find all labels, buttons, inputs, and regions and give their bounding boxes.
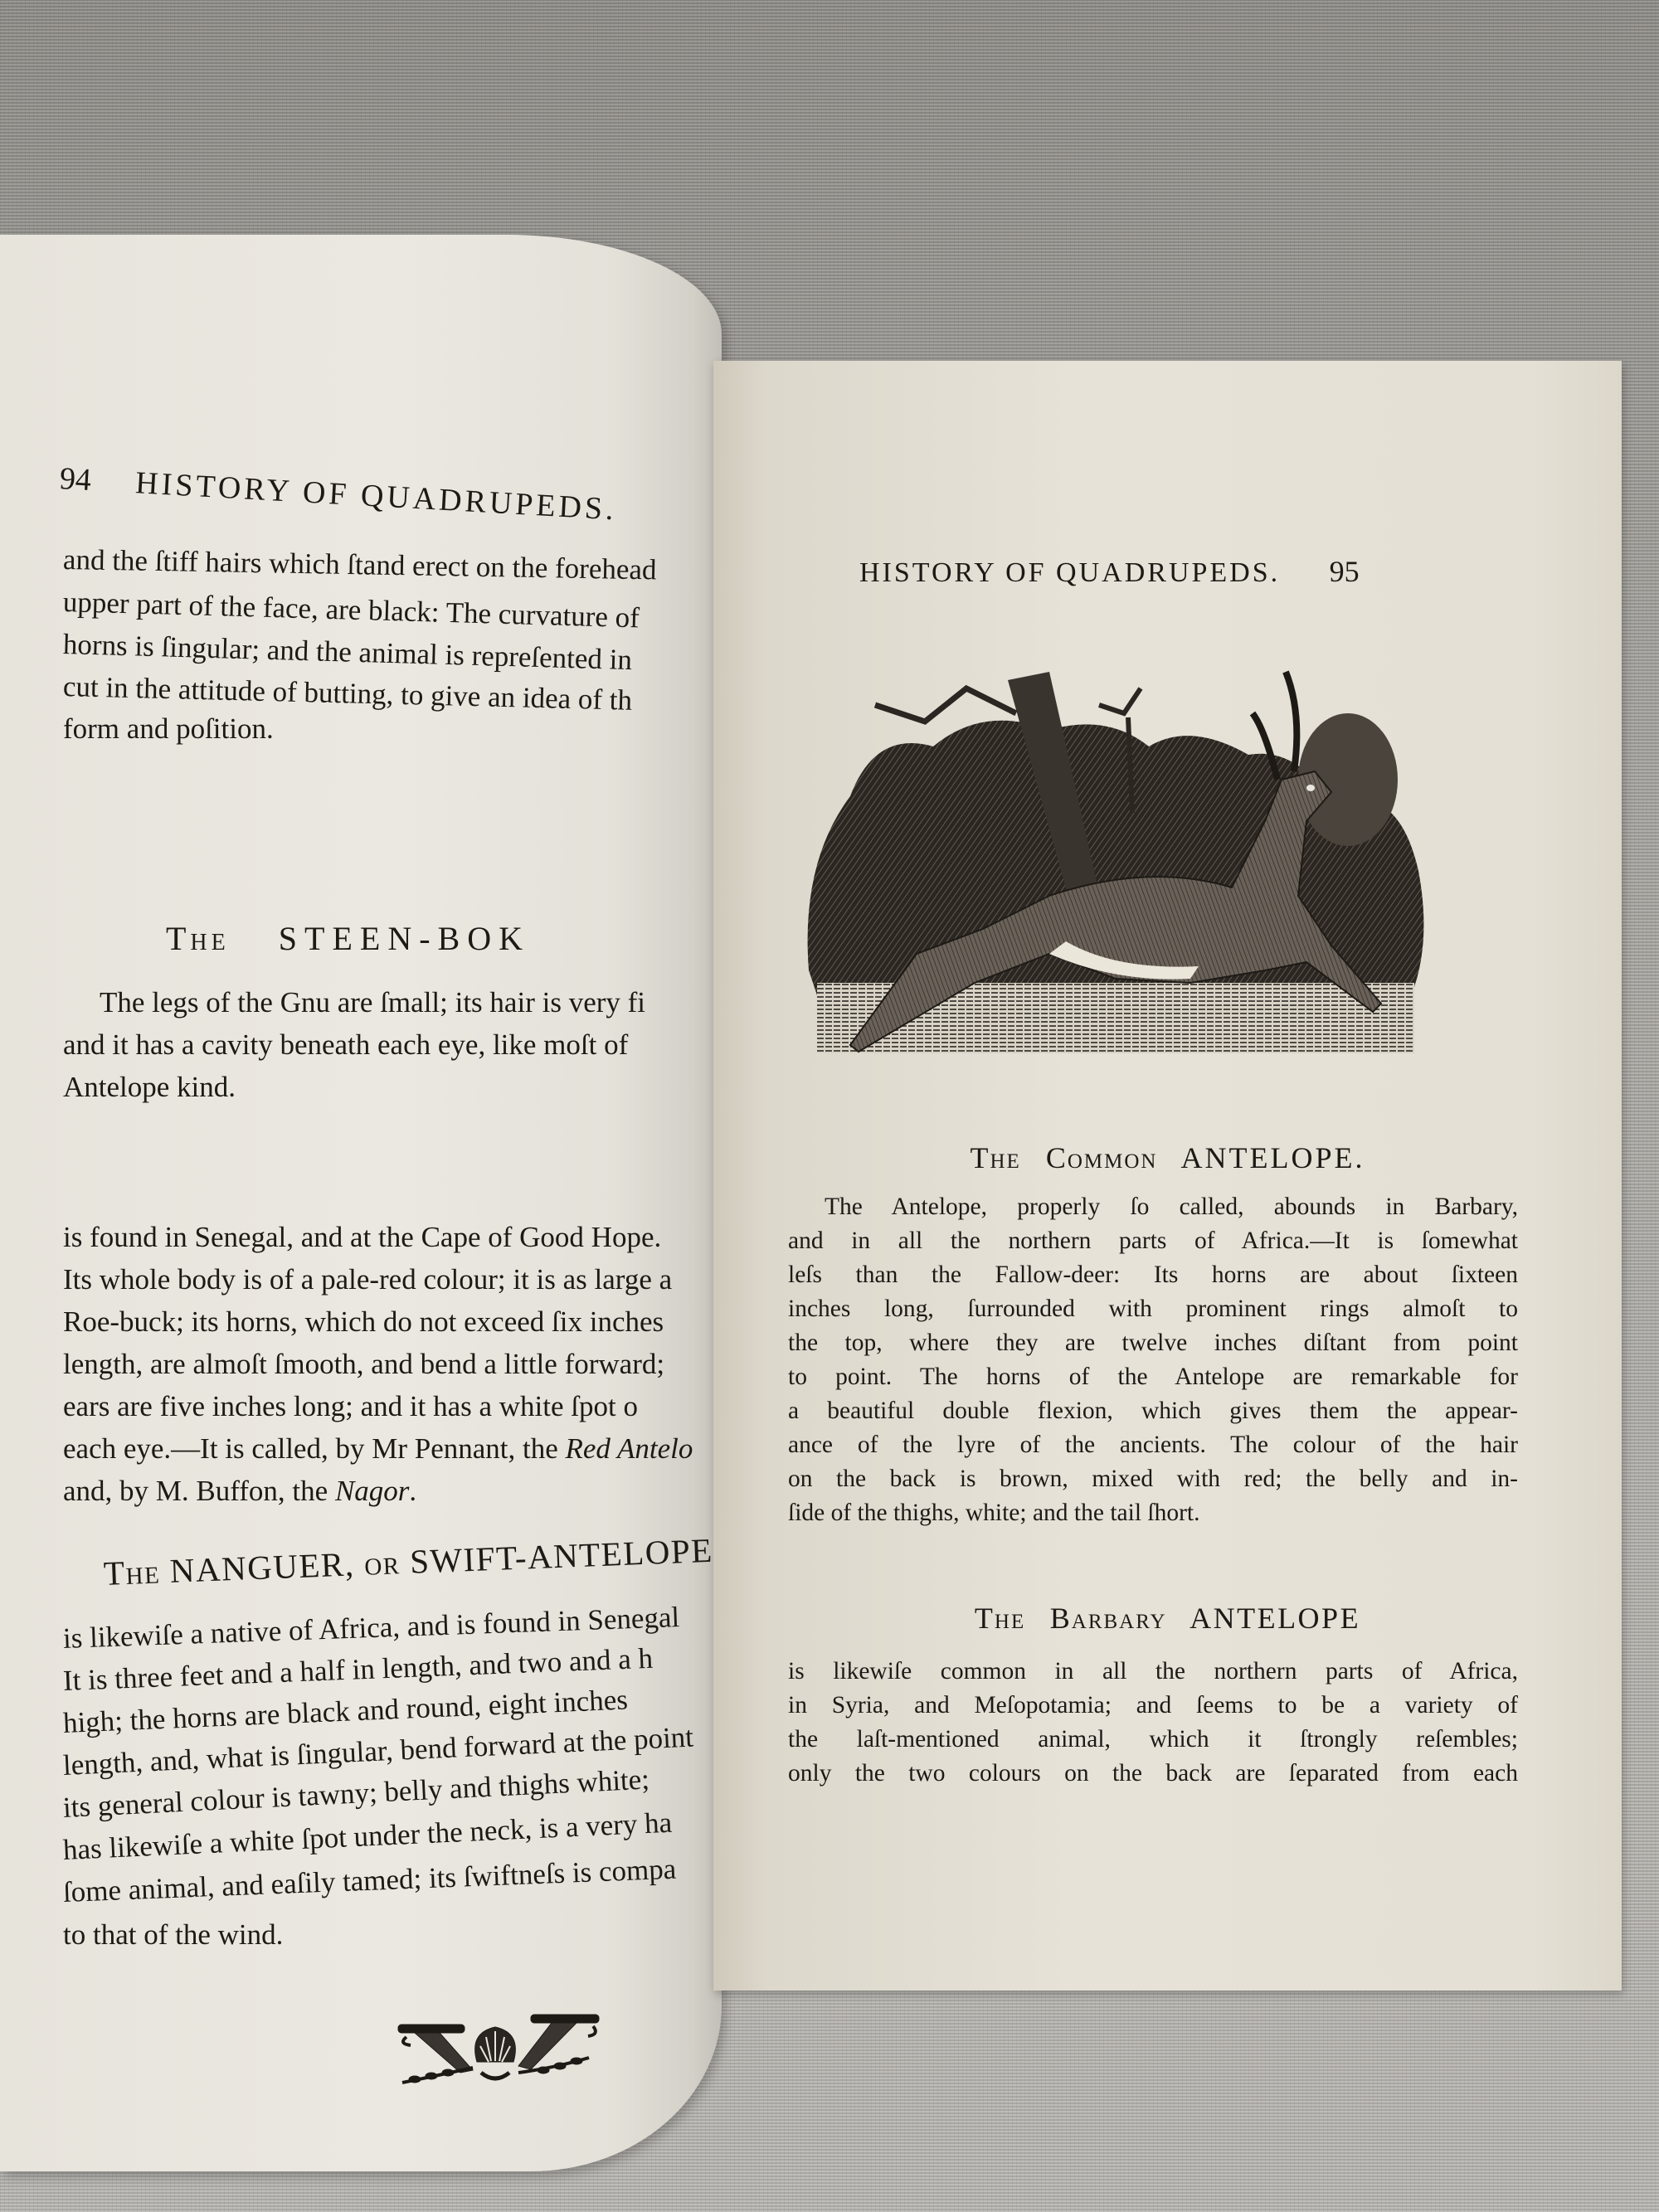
text-line: inches long, ſurrounded with prominent r… xyxy=(788,1292,1518,1326)
text-run: . xyxy=(409,1475,416,1507)
heading-barbary-antelope: The Barbary ANTELOPE xyxy=(713,1601,1622,1636)
text-line: leſs than the Fallow-deer: Its horns are… xyxy=(788,1258,1518,1292)
right-page: HISTORY OF QUADRUPEDS. 95 xyxy=(713,361,1622,1991)
running-head-left: 94 HISTORY OF QUADRUPEDS. xyxy=(59,460,618,527)
text-line: Antelope kind. xyxy=(63,1066,718,1108)
text-line: is found in Senegal, and at the Cape of … xyxy=(63,1216,718,1258)
running-head-title-left: HISTORY OF QUADRUPEDS. xyxy=(134,465,617,527)
text-run: each eye.—It is called, by Mr Pennant, t… xyxy=(63,1432,566,1465)
heading-name: ANTELOPE xyxy=(1190,1602,1360,1635)
heading-prefix: The xyxy=(103,1552,161,1592)
heading-qualifier: Barbary xyxy=(1050,1602,1167,1635)
running-head-right: HISTORY OF QUADRUPEDS. 95 xyxy=(859,554,1360,589)
paragraph-steen-bok: is found in Senegal, and at the Cape of … xyxy=(63,1216,718,1512)
text-line: and in all the northern parts of Africa.… xyxy=(788,1224,1518,1258)
heading-prefix: The xyxy=(166,920,230,957)
heading-name: STEEN-BOK xyxy=(279,920,530,957)
text-line: a beautiful double flexion, which gives … xyxy=(788,1394,1518,1428)
text-line: in Syria, and Meſopotamia; and ſeems to … xyxy=(788,1689,1518,1723)
text-line: length, are almoſt ſmooth, and bend a li… xyxy=(63,1343,718,1385)
text-line: ears are five inches long; and it has a … xyxy=(63,1385,718,1427)
text-line: ſide of the thighs, white; and the tail … xyxy=(788,1496,1518,1530)
italic-nagor: Nagor xyxy=(335,1475,409,1507)
text-run: and, by M. Buffon, the xyxy=(63,1475,335,1507)
text-line: the top, where they are twelve inches di… xyxy=(788,1326,1518,1360)
shell-scroll-ornament-icon xyxy=(382,2000,610,2091)
heading-name: NANGUER, xyxy=(169,1544,355,1590)
heading-common-antelope: The Common ANTELOPE. xyxy=(713,1140,1622,1175)
text-line: only the two colours on the back are ſep… xyxy=(788,1757,1518,1791)
heading-prefix: The xyxy=(975,1602,1025,1635)
paragraph-gnu-legs: The legs of the Gnu are ſmall; its hair … xyxy=(63,981,718,1108)
text-line: the laſt-mentioned animal, which it ſtro… xyxy=(788,1723,1518,1757)
antelope-woodcut-illustration xyxy=(800,655,1431,1074)
italic-red-antelope: Red Antelo xyxy=(566,1432,693,1465)
text-line: to point. The horns of the Antelope are … xyxy=(788,1360,1518,1394)
text-line: on the back is brown, mixed with red; th… xyxy=(788,1462,1518,1496)
heading-name: ANTELOPE. xyxy=(1181,1141,1365,1174)
text-line: The Antelope, properly ſo called, abound… xyxy=(788,1190,1518,1224)
heading-nanguer: The NANGUER, or SWIFT-ANTELOPE xyxy=(103,1530,713,1593)
text-line: each eye.—It is called, by Mr Pennant, t… xyxy=(63,1427,718,1470)
running-head-title-right: HISTORY OF QUADRUPEDS. xyxy=(859,557,1280,588)
text-line: The legs of the Gnu are ſmall; its hair … xyxy=(63,981,718,1023)
paragraph-nanguer: is likewiſe a native of Africa, and is f… xyxy=(63,1617,718,1956)
page-number-right: 95 xyxy=(1330,555,1360,588)
text-line: Its whole body is of a pale-red colour; … xyxy=(63,1258,718,1300)
paragraph-barbary-antelope: is likewiſe common in all the northern p… xyxy=(788,1655,1518,1791)
heading-steen-bok: The STEEN-BOK xyxy=(166,919,530,958)
text-line: and it has a cavity beneath each eye, li… xyxy=(63,1023,718,1066)
heading-qualifier: Common xyxy=(1046,1141,1158,1174)
paragraph-gnu-continued: and the ſtiff hairs which ſtand erect on… xyxy=(63,538,718,750)
text-line: Roe-buck; its horns, which do not exceed… xyxy=(63,1300,718,1343)
text-line: is likewiſe common in all the northern p… xyxy=(788,1655,1518,1689)
left-page: 94 HISTORY OF QUADRUPEDS. and the ſtiff … xyxy=(0,235,722,2171)
text-line: and, by M. Buffon, the Nagor. xyxy=(63,1470,718,1512)
text-line: ance of the lyre of the ancients. The co… xyxy=(788,1428,1518,1462)
heading-prefix: The xyxy=(971,1141,1021,1174)
heading-alt-name: SWIFT-ANTELOPE xyxy=(409,1531,713,1581)
page-number-left: 94 xyxy=(59,461,92,498)
paragraph-common-antelope: The Antelope, properly ſo called, abound… xyxy=(788,1190,1518,1530)
heading-conjunction: or xyxy=(363,1543,401,1582)
text-line: to that of the wind. xyxy=(63,1913,718,1956)
